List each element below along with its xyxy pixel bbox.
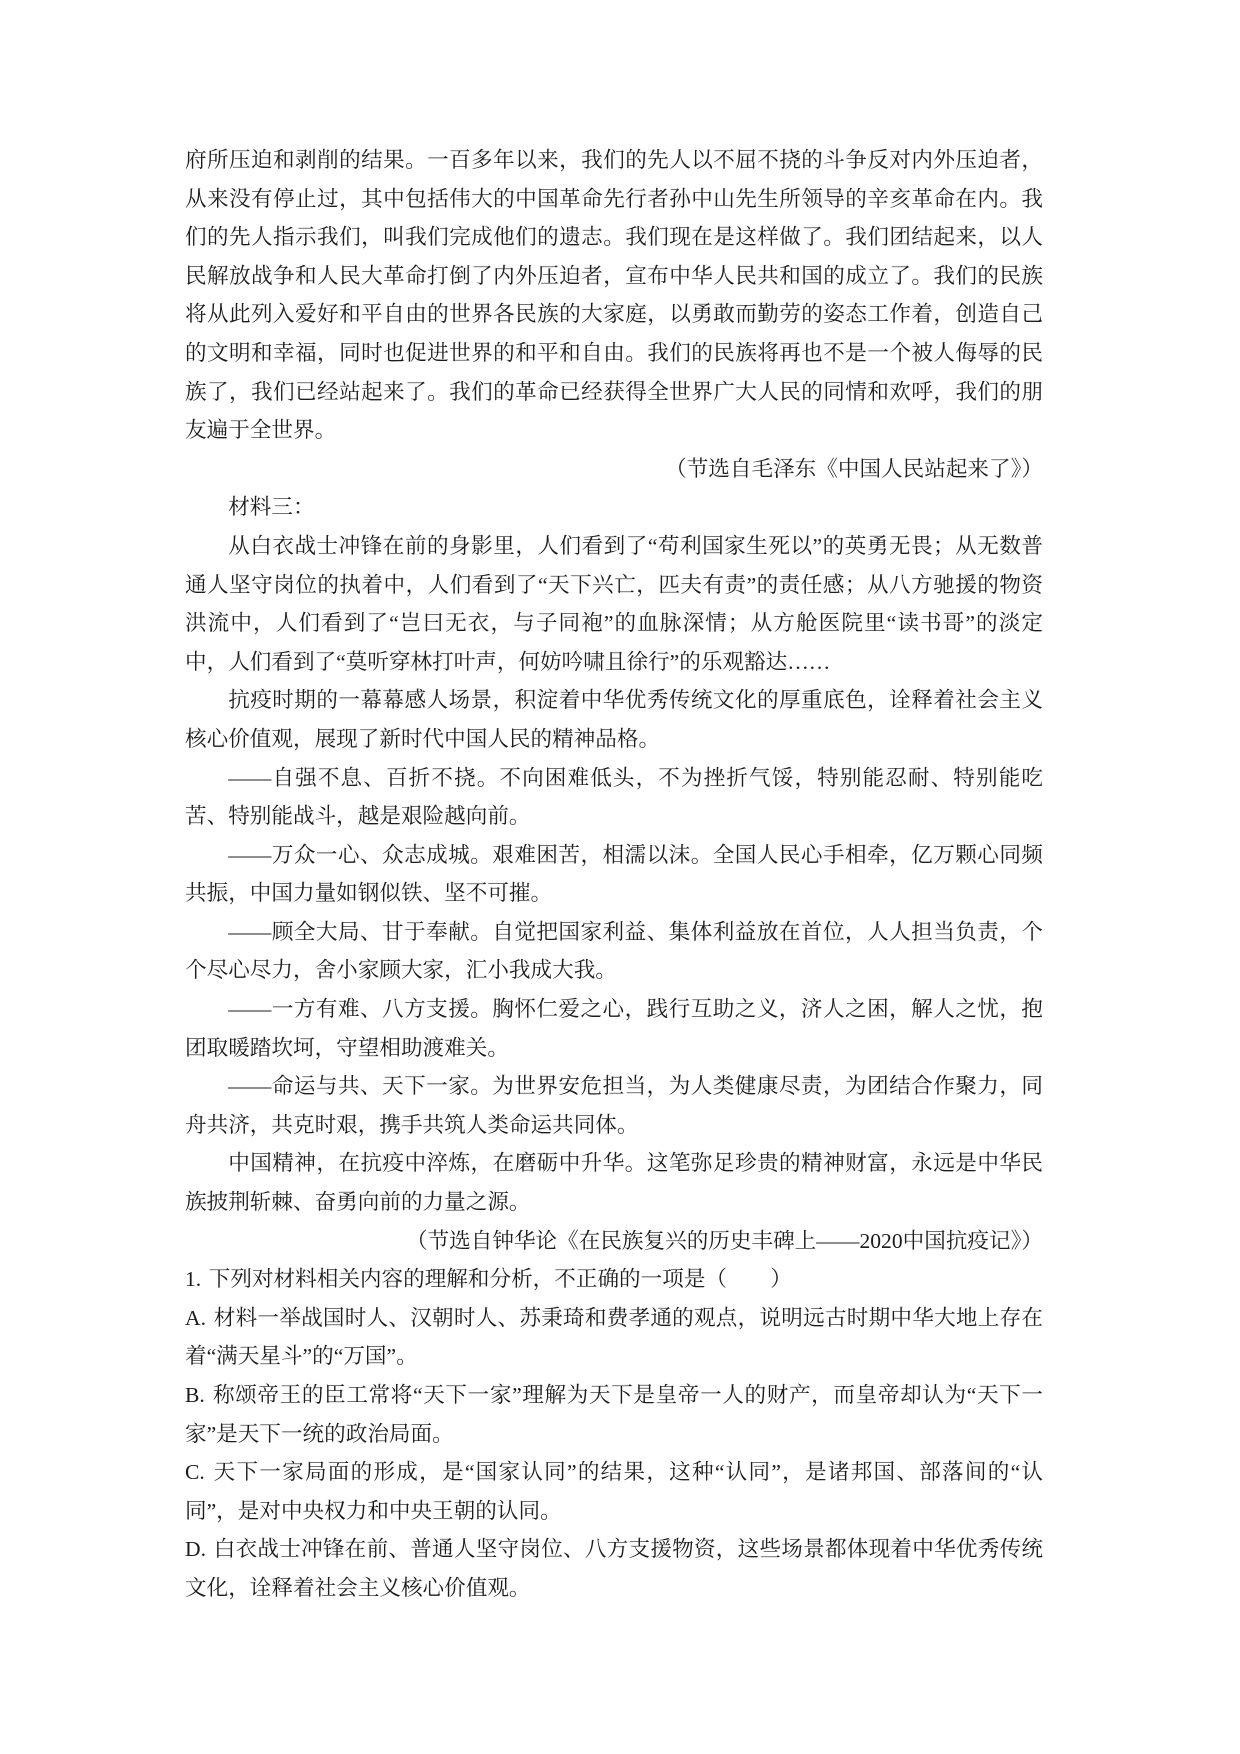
question-1-stem: 1.下列对材料相关内容的理解和分析，不正确的一项是（ ） (185, 1260, 1043, 1299)
material-three-paragraph: 中国精神，在抗疫中淬炼，在磨砺中升华。这笔弥足珍贵的精神财富，永远是中华民族披荆… (185, 1144, 1043, 1221)
question-1-stem-text: 下列对材料相关内容的理解和分析，不正确的一项是（ ） (209, 1267, 792, 1291)
material-three-paragraph: 从白衣战士冲锋在前的身影里，人们看到了“苟利国家生死以”的英勇无畏；从无数普通人… (185, 527, 1043, 681)
question-1-option-d: D.白衣战士冲锋在前、普通人坚守岗位、八方支援物资，这些场景都体现着中华优秀传统… (185, 1530, 1043, 1607)
material-three-heading: 材料三： (185, 488, 1043, 527)
material-two-body-paragraph: 府所压迫和剥削的结果。一百多年以来，我们的先人以不屈不挠的斗争反对内外压迫者，从… (185, 141, 1043, 450)
option-d-label: D. (185, 1537, 206, 1561)
material-three-paragraph: 抗疫时期的一幕幕感人场景，积淀着中华优秀传统文化的厚重底色，诠释着社会主义核心价… (185, 681, 1043, 758)
material-three-paragraph: ——命运与共、天下一家。为世界安危担当，为人类健康尽责，为团结合作聚力，同舟共济… (185, 1067, 1043, 1144)
question-1-option-a: A.材料一举战国时人、汉朝时人、苏秉琦和费孝通的观点，说明远古时期中华大地上存在… (185, 1299, 1043, 1376)
material-three-paragraph: ——一方有难、八方支援。胸怀仁爱之心，践行互助之义，济人之困，解人之忧，抱团取暖… (185, 990, 1043, 1067)
question-1-option-b: B.称颂帝王的臣工常将“天下一家”理解为天下是皇帝一人的财产，而皇帝却认为“天下… (185, 1376, 1043, 1453)
text-content-block: 府所压迫和剥削的结果。一百多年以来，我们的先人以不屈不挠的斗争反对内外压迫者，从… (185, 141, 1043, 1608)
option-b-label: B. (185, 1383, 205, 1407)
question-1-number: 1. (185, 1267, 201, 1291)
option-c-label: C. (185, 1460, 205, 1484)
material-two-attribution: （节选自毛泽东《中国人民站起来了》） (185, 450, 1043, 489)
exam-document-page: 府所压迫和剥削的结果。一百多年以来，我们的先人以不屈不挠的斗争反对内外压迫者，从… (0, 0, 1240, 1754)
option-a-label: A. (185, 1306, 206, 1330)
material-three-attribution: （节选自钟华论《在民族复兴的历史丰碑上——2020中国抗疫记》） (185, 1222, 1043, 1261)
material-three-paragraph: ——万众一心、众志成城。艰难困苦，相濡以沫。全国人民心手相牵，亿万颗心同频共振，… (185, 836, 1043, 913)
material-three-paragraph: ——自强不息、百折不挠。不向困难低头，不为挫折气馁，特别能忍耐、特别能吃苦、特别… (185, 759, 1043, 836)
option-d-text: 白衣战士冲锋在前、普通人坚守岗位、八方支援物资，这些场景都体现着中华优秀传统文化… (185, 1537, 1043, 1600)
option-b-text: 称颂帝王的臣工常将“天下一家”理解为天下是皇帝一人的财产，而皇帝却认为“天下一家… (185, 1383, 1043, 1446)
question-1-option-c: C.天下一家局面的形成，是“国家认同”的结果，这种“认同”，是诸邦国、部落间的“… (185, 1453, 1043, 1530)
option-c-text: 天下一家局面的形成，是“国家认同”的结果，这种“认同”，是诸邦国、部落间的“认同… (185, 1460, 1043, 1523)
material-three-paragraph: ——顾全大局、甘于奉献。自觉把国家利益、集体利益放在首位，人人担当负责，个个尽心… (185, 913, 1043, 990)
option-a-text: 材料一举战国时人、汉朝时人、苏秉琦和费孝通的观点，说明远古时期中华大地上存在着“… (185, 1306, 1043, 1369)
